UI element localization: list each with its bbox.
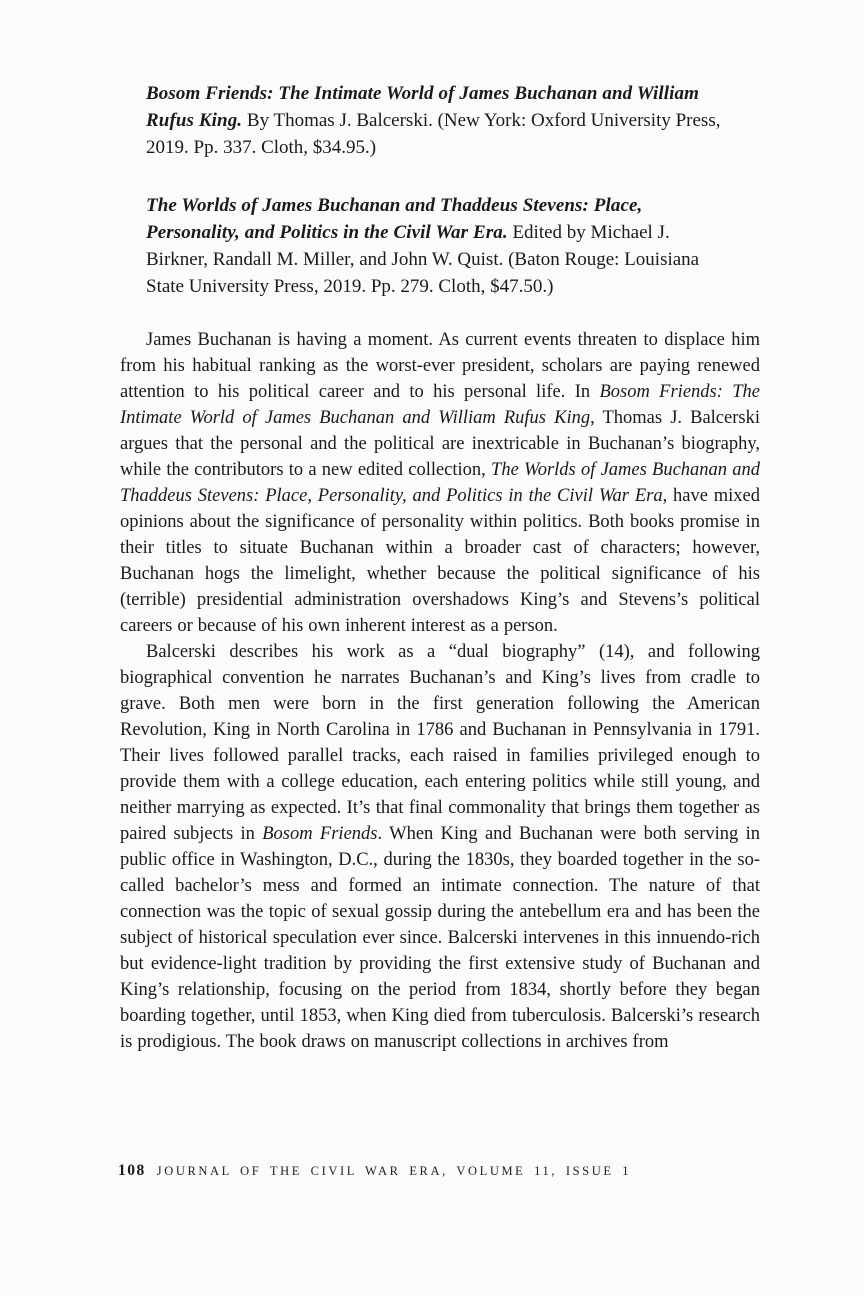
page-footer: 108 JOURNAL OF THE CIVIL WAR ERA, VOLUME… [118,1162,631,1180]
page-number: 108 [118,1162,146,1180]
review-paragraph-1: James Buchanan is having a moment. As cu… [120,327,760,639]
citation-bosom-friends: Bosom Friends: The Intimate World of Jam… [146,80,734,161]
journal-page: Bosom Friends: The Intimate World of Jam… [0,0,864,1296]
text-column: Bosom Friends: The Intimate World of Jam… [120,80,760,1055]
review-paragraph-2: Balcerski describes his work as a “dual … [120,639,760,1055]
journal-running-title: JOURNAL OF THE CIVIL WAR ERA, VOLUME 11,… [157,1164,631,1179]
citation-worlds-of-buchanan-and-stevens: The Worlds of James Buchanan and Thaddeu… [146,192,734,300]
